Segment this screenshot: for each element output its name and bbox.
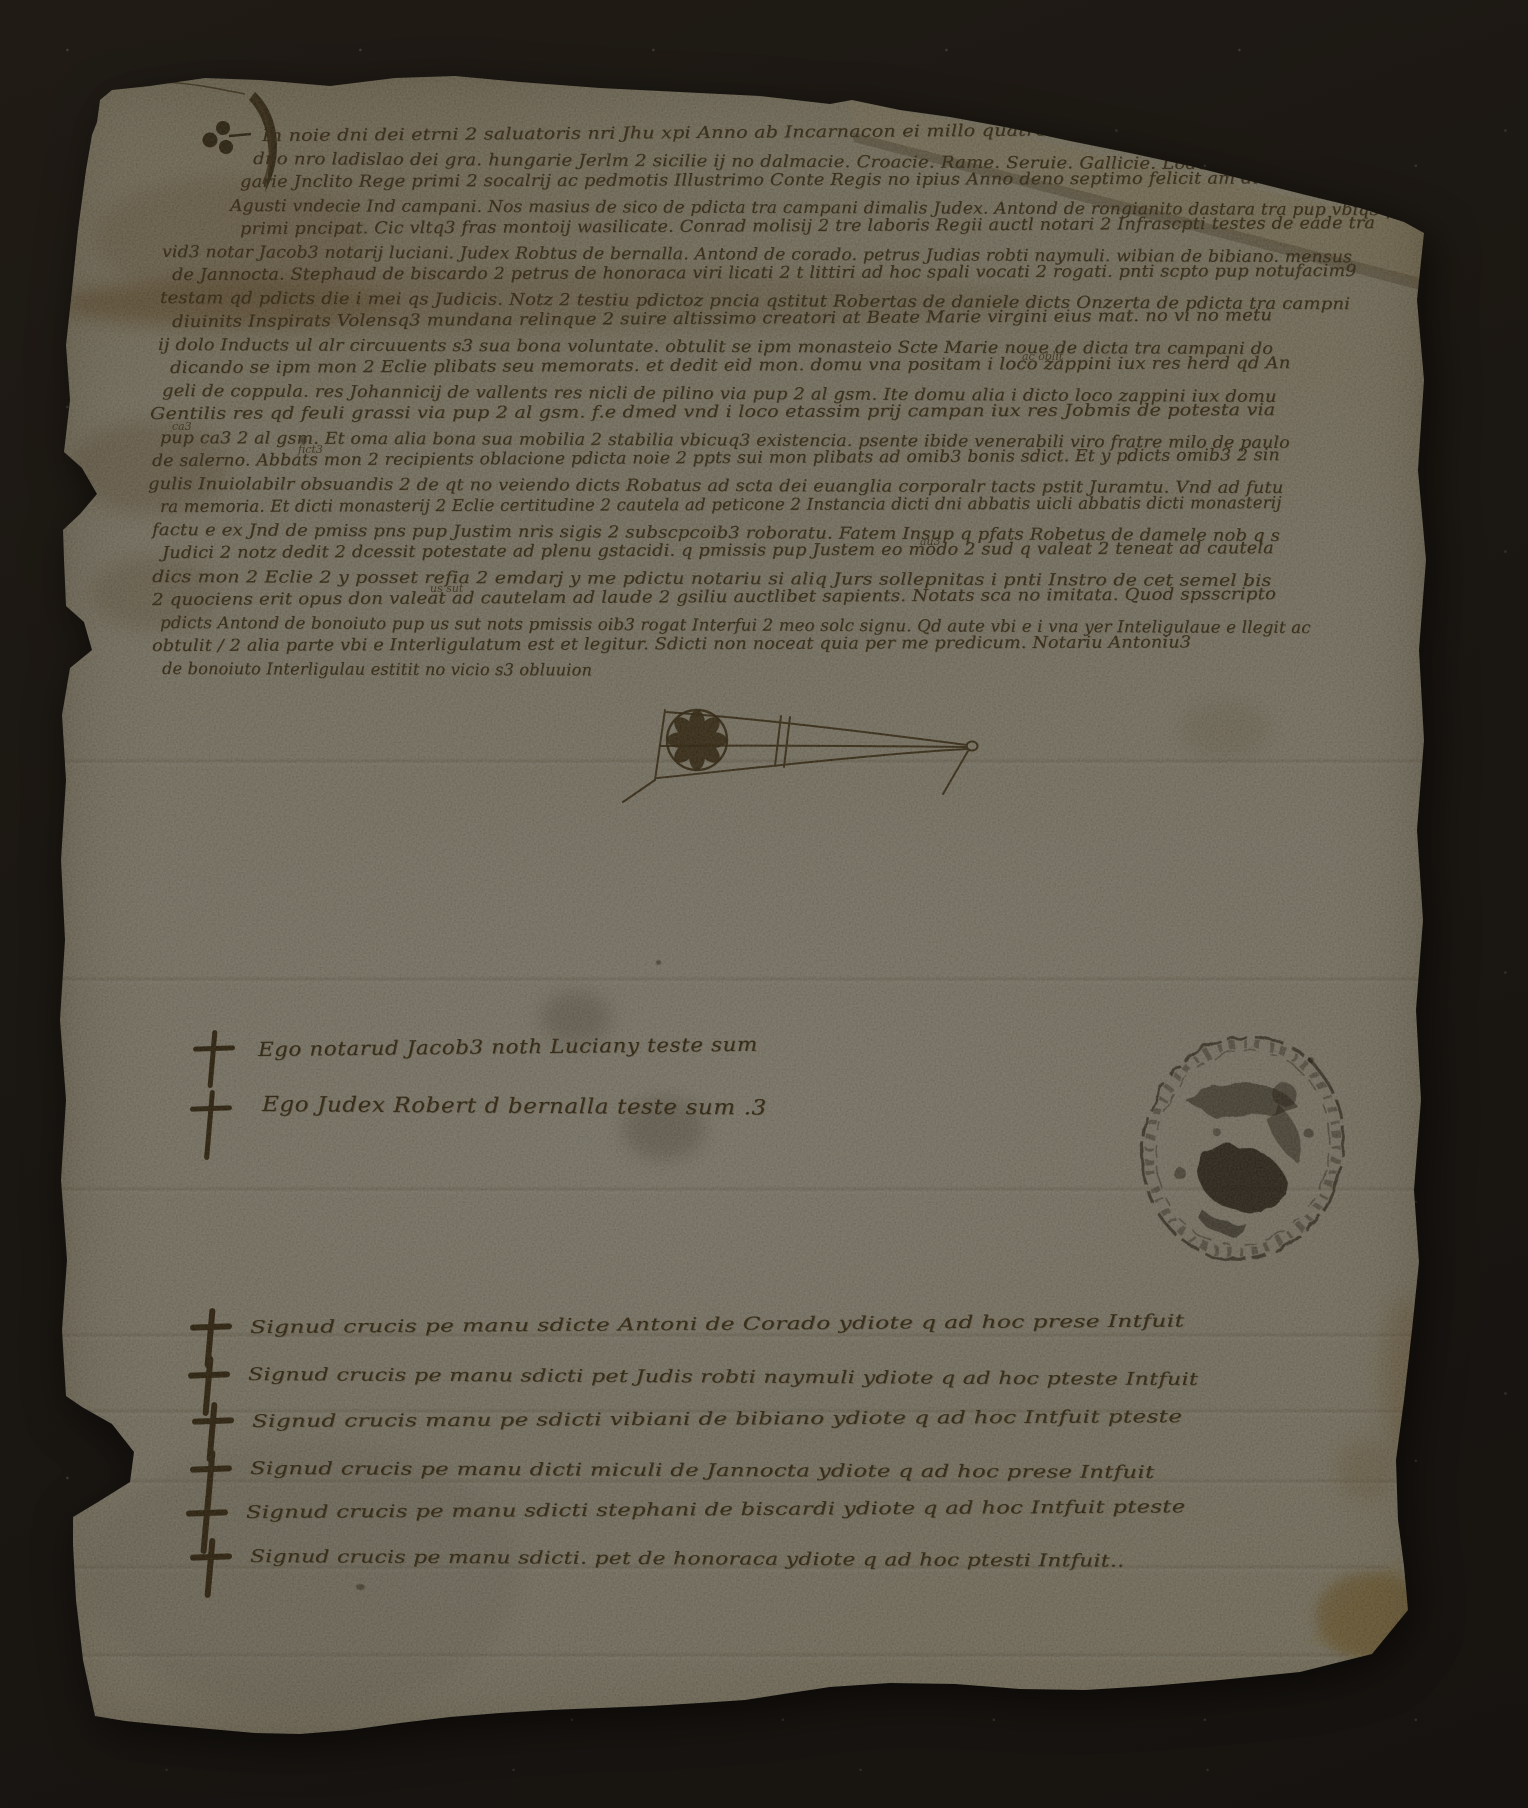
interlinear-insertion: ac oblit xyxy=(1022,350,1063,363)
interlinear-insertion: au3 xyxy=(920,535,941,548)
signum-cross-icon xyxy=(193,1030,235,1088)
pen-flourish-line xyxy=(105,82,245,94)
signum-cross-icon xyxy=(190,1538,232,1598)
subscription-line: Ego Judex Robert d bernalla teste sum .3 xyxy=(262,1092,767,1120)
manuscript-line: obtulit / 2 alia parte vbi e Interligula… xyxy=(152,632,1191,655)
manuscript-line: garie Jnclito Rege primi 2 socalrij ac p… xyxy=(240,168,1397,191)
interlinear-insertion: fict3 xyxy=(298,443,323,456)
manuscript-line: ra memoria. Et dicti monasterij 2 Eclie … xyxy=(160,493,1282,516)
archive-stamp-icon xyxy=(1118,1018,1368,1278)
notary-sign-icon xyxy=(575,688,995,813)
trefoil-flourish-icon xyxy=(203,121,252,154)
rosette xyxy=(667,710,727,770)
manuscript-line: de bonoiuto Interligulau estitit no vici… xyxy=(162,659,592,680)
manuscript-photo: { "photo": { "background_color": "#1b171… xyxy=(0,0,1528,1808)
parchment-wrap: In noie dni dei etrni 2 saluatoris nri J… xyxy=(0,0,1528,1808)
interlinear-insertion: ca3 xyxy=(172,420,192,433)
signum-cross-icon xyxy=(190,1090,232,1160)
manuscript-line: Gentilis res qd feuli grassi via pup 2 a… xyxy=(150,400,1275,423)
interlinear-insertion: us sut xyxy=(430,582,463,595)
parchment-sheet: In noie dni dei etrni 2 saluatoris nri J… xyxy=(0,0,1528,1808)
signum-line: Signud crucis pe manu dicti miculi de Ja… xyxy=(250,1459,1155,1483)
